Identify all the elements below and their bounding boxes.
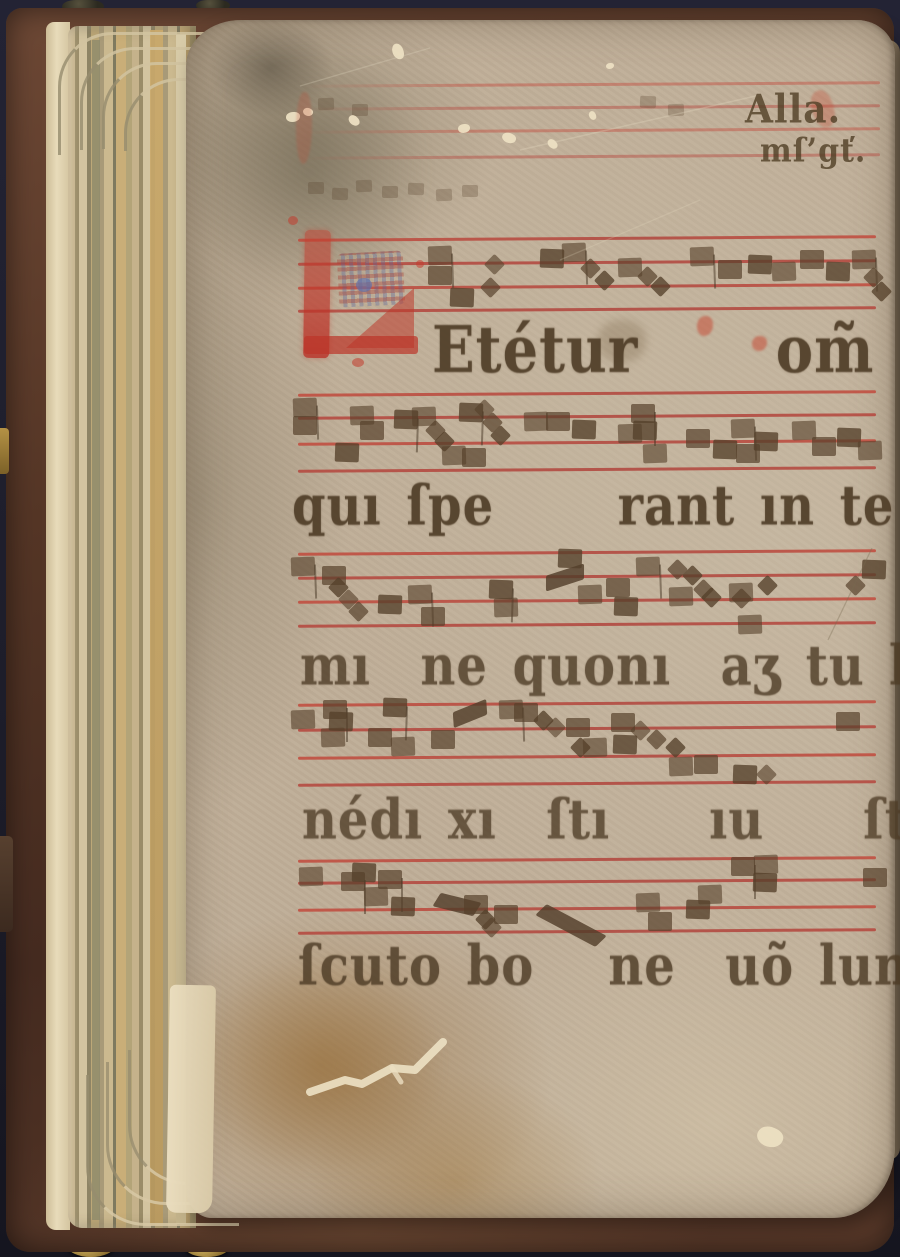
rubric-speck: [416, 260, 424, 268]
leaf-edge: [92, 40, 100, 1220]
leaf-edge: [150, 30, 163, 1225]
rubric-speck: [352, 358, 364, 367]
rubric-speck: [288, 216, 298, 225]
board-edge: [46, 22, 70, 1230]
chant-text-line-3: mı ne quonı aʒ tu be: [300, 634, 900, 698]
chant-text-line-4: nédı xı ſtı ıu ſto: [302, 788, 900, 852]
manuscript-photo: Etétur om̃ neq̃ quı ſpe rant ın te dõı m…: [0, 0, 900, 1257]
initial-letter: [294, 226, 434, 368]
clasp-fragment: [0, 428, 9, 474]
repair-strip: [166, 985, 216, 1214]
initial-foot: [304, 336, 418, 354]
initial-blue-accent: [356, 278, 372, 292]
marginalia-alla: Alla.: [745, 86, 841, 132]
chant-text-line-1: Etétur om̃ neq̃: [432, 312, 900, 388]
chant-text-line-2: quı ſpe rant ın te dõı: [292, 474, 900, 538]
initial-checker-infill: [337, 250, 406, 307]
marginalia-abbreviation: mſ’gť.: [760, 132, 866, 171]
stand-fragment: [0, 836, 13, 932]
chant-text-line-5: ſcuto bo ne uõ lunta: [298, 934, 900, 998]
